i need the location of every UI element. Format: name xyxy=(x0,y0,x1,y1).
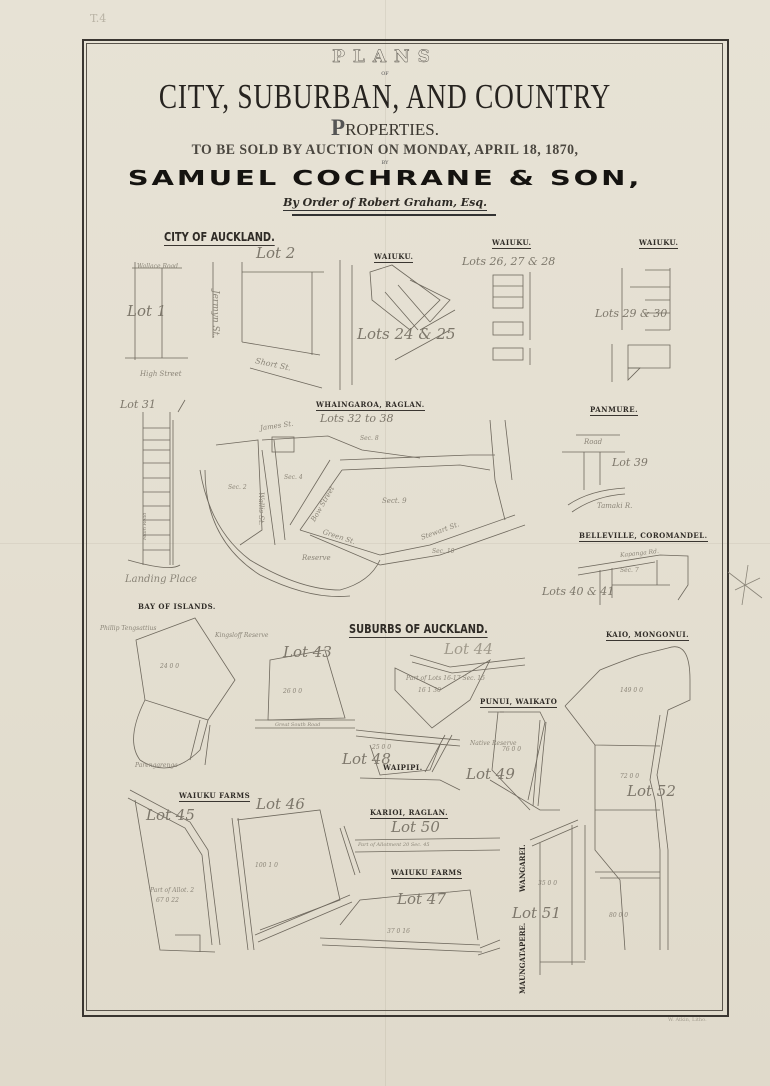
note-lot50-desc: Part of Allotment 20 Sec. 45 xyxy=(358,842,430,848)
plan-lot-43 xyxy=(255,650,355,728)
note-bay-owner: Phillip Tengsattius xyxy=(100,625,156,632)
section-kaio-mongonui: KAIO, MONGONUI. xyxy=(606,630,689,641)
street-main-road: Main Road xyxy=(142,513,148,540)
street-high-street: High Street xyxy=(140,370,182,378)
lot-51-label: Lot 51 xyxy=(512,904,561,922)
section-suburbs-of-auckland: SUBURBS OF AUCKLAND. xyxy=(349,622,488,638)
section-waiuku-3: WAIUKU. xyxy=(639,238,678,249)
section-waiuku-farms-1: WAIUKU FARMS xyxy=(179,791,250,802)
section-wangarei: WANGAREI. xyxy=(518,844,527,892)
lot-44-label: Lot 44 xyxy=(444,640,493,658)
lots-29-30-label: Lots 29 & 30 xyxy=(595,307,667,320)
section-bay-of-islands: BAY OF ISLANDS. xyxy=(138,602,216,611)
plan-lot-49 xyxy=(488,712,560,810)
lot-46-label: Lot 46 xyxy=(256,795,305,813)
plan-lot-44 xyxy=(395,655,525,728)
note-lot47-area: 37 0 16 xyxy=(387,928,410,935)
plan-lot-51 xyxy=(530,820,585,975)
lots-24-25-label: Lots 24 & 25 xyxy=(357,325,456,343)
lot-39-label: Lot 39 xyxy=(612,456,648,469)
note-sec-4: Sec. 4 xyxy=(284,474,303,481)
section-punui-waikato: PUNUI, WAIKATO xyxy=(480,697,557,708)
note-lot44-area: 16 1 30 xyxy=(418,687,441,694)
plan-whaingaroa xyxy=(200,420,525,597)
lot-52-label: Lot 52 xyxy=(627,782,676,800)
river-tamaki: Tamaki R. xyxy=(597,502,632,510)
lot-48-label: Lot 48 xyxy=(342,750,391,768)
street-road: Road xyxy=(584,438,602,446)
plan-panmure xyxy=(562,435,625,512)
section-maungatapere: MAUNGATAPERE. xyxy=(518,923,527,994)
note-lot43-area: 26 0 0 xyxy=(283,688,302,695)
note-lot52-area-b: 80 0 0 xyxy=(609,912,628,919)
section-waiuku-farms-2: WAIUKU FARMS xyxy=(391,868,462,879)
plan-lots-29-30 xyxy=(612,268,670,382)
section-waiuku-1: WAIUKU. xyxy=(374,252,413,263)
lot-47-label: Lot 47 xyxy=(397,890,446,908)
lots-32-38-label: Lots 32 to 38 xyxy=(320,412,394,425)
note-sec-9: Sect. 9 xyxy=(382,497,407,505)
note-lot51-area: 35 0 0 xyxy=(538,880,557,887)
lot-31-label: Lot 31 xyxy=(120,398,156,411)
note-lot45-desc: Part of Allot. 2 xyxy=(150,887,194,894)
note-sec-10: Sec. 10 xyxy=(432,548,454,555)
section-whaingaroa-raglan: WHAINGAROA, RAGLAN. xyxy=(316,400,425,411)
note-parengarenga: Parengarenga xyxy=(135,762,178,769)
note-lot44-desc: Part of Lots 16-17 Sec. 15 xyxy=(406,675,485,682)
lot-1-label: Lot 1 xyxy=(127,302,166,320)
section-waiuku-2: WAIUKU. xyxy=(492,238,531,249)
note-lot46-area: 100 1 0 xyxy=(255,862,278,869)
street-landing-place: Landing Place xyxy=(125,574,197,585)
note-lot45-area: 67 0 22 xyxy=(156,897,179,904)
plan-lot-2 xyxy=(213,262,324,388)
lots-26-28-label: Lots 26, 27 & 28 xyxy=(462,255,555,268)
lot-43-label: Lot 43 xyxy=(283,643,332,661)
street-jermyn-st: Jermyn St. xyxy=(210,290,220,338)
note-lot49-area: 76 0 0 xyxy=(502,746,521,753)
printer-imprint: W. Atkin, Litho. xyxy=(668,1017,707,1023)
note-lot52-area-a: 72 0 0 xyxy=(620,773,639,780)
street-great-south-road: Great South Road xyxy=(275,722,320,728)
note-bay-reserve: Kingsloff Reserve xyxy=(215,632,268,639)
note-bay-area: 24 0 0 xyxy=(160,663,179,670)
plan-bay-of-islands xyxy=(134,618,235,768)
note-sec-2: Sec. 2 xyxy=(228,484,247,491)
street-wallis-st: Wallis St. xyxy=(257,492,265,525)
lot-45-label: Lot 45 xyxy=(146,806,195,824)
note-lot48-area: 25 0 0 xyxy=(372,744,391,751)
plan-lots-26-28 xyxy=(493,272,530,365)
section-panmure: PANMURE. xyxy=(590,405,638,416)
lot-50-label: Lot 50 xyxy=(391,818,440,836)
label-reserve: Reserve xyxy=(302,554,331,562)
note-kaio-area: 149 0 0 xyxy=(620,687,643,694)
section-belleville-coromandel: BELLEVILLE, COROMANDEL. xyxy=(579,531,708,542)
lot-2-label: Lot 2 xyxy=(256,244,295,262)
lot-49-label: Lot 49 xyxy=(466,765,515,783)
plan-drawings xyxy=(0,0,770,1086)
street-wallace-road: Wallace Road xyxy=(137,263,178,270)
note-sec-8: Sec. 8 xyxy=(360,435,379,442)
note-sec-7: Sec. 7 xyxy=(620,567,639,574)
compass-mark xyxy=(728,565,762,605)
plan-lot-31 xyxy=(128,400,185,568)
lots-40-41-label: Lots 40 & 41 xyxy=(542,585,614,598)
